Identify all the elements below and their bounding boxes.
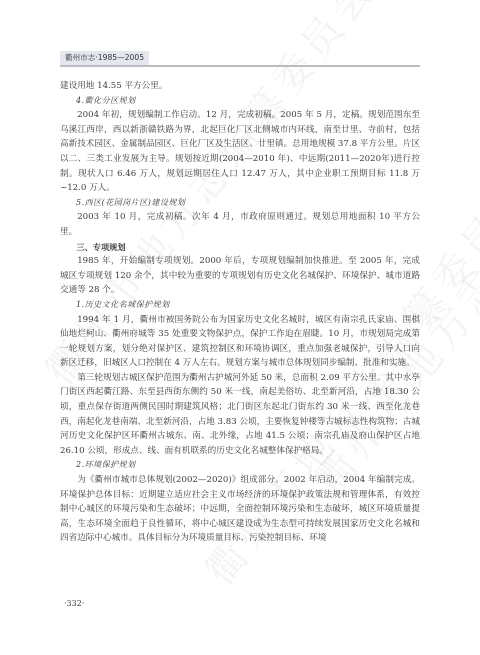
paragraph: 建设用地 14.55 平方公里。 bbox=[60, 79, 420, 94]
section-heading: 三、专项规划 bbox=[60, 240, 420, 255]
subsection-heading: 4.衢化分区规划 bbox=[60, 94, 420, 109]
paragraph: 2004 年初，规划编制工作启动。12 月，完成初稿。2005 年 5 月，定稿… bbox=[60, 108, 420, 196]
paragraph: 第三轮规划古城区保护范围为衢州古护城河外延 50 米，总面积 2.09 平方公里… bbox=[60, 371, 420, 459]
paragraph: 为《衢州市城市总体规划(2002—2020)》组成部分。2002 年启动，200… bbox=[60, 473, 420, 546]
paragraph: 1994 年 1 月，衢州市被国务院公布为国家历史文化名城时，城区有南宗孔氏家庙… bbox=[60, 313, 420, 371]
subsection-heading: 2.环境保护规划 bbox=[60, 458, 420, 473]
running-header: 衢州市志·1985—2005 bbox=[60, 51, 149, 65]
subsection-heading: 1.历史文化名城保护规划 bbox=[60, 298, 420, 313]
header-rule bbox=[60, 65, 420, 67]
book-page: 衢州市地方志编纂委员会 衢州市地方志编纂委员会 衢州市地方志编纂委员会 衢州市志… bbox=[0, 0, 480, 655]
page-number: ·332· bbox=[64, 599, 84, 608]
body-text: 建设用地 14.55 平方公里。 4.衢化分区规划 2004 年初，规划编制工作… bbox=[60, 79, 420, 546]
paragraph: 2003 年 10 月，完成初稿。次年 4 月，市政府原则通过。规划总用地面积 … bbox=[60, 210, 420, 239]
paragraph: 1985 年，开始编制专项规划。2000 年后，专项规划编制加快推进。至 200… bbox=[60, 254, 420, 298]
subsection-heading: 5.西区(花园岗片区)建设规划 bbox=[60, 196, 420, 211]
